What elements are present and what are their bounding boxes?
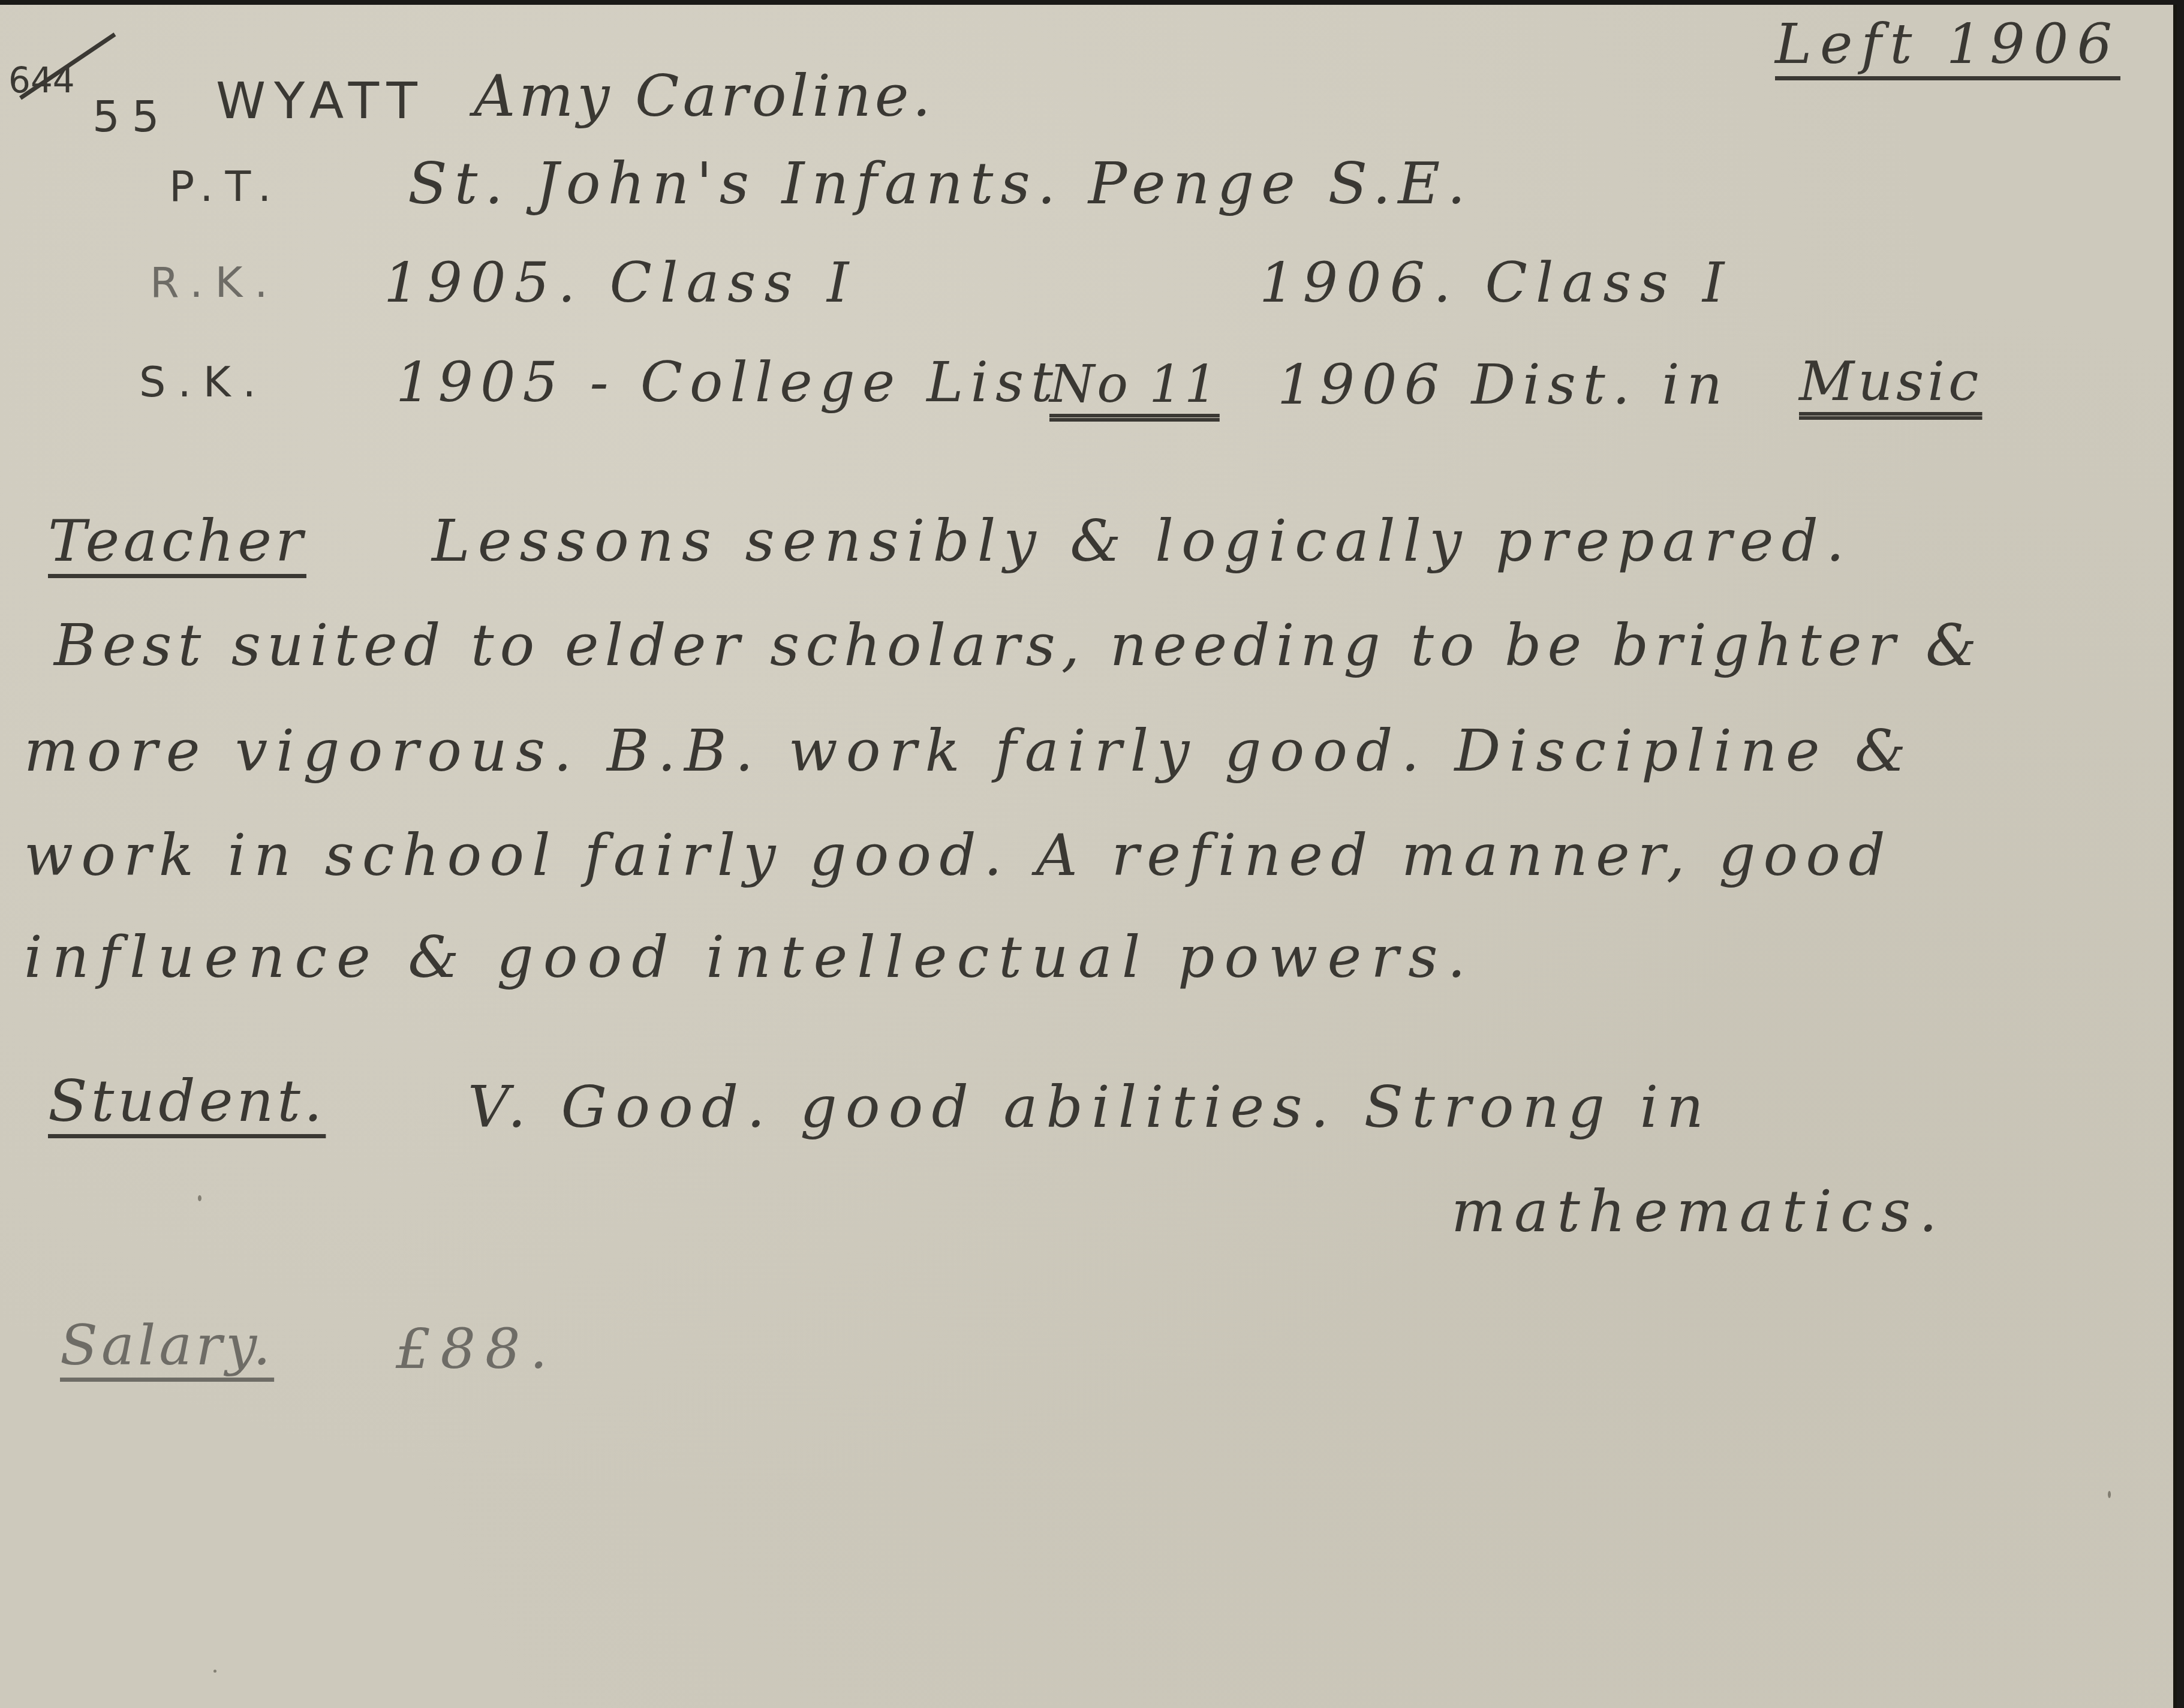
record-rk-1905: 1905. Class I <box>384 255 857 311</box>
teacher-line-1: Lessons sensibly & logically prepared. <box>432 512 1852 570</box>
record-label-rk: R.K. <box>150 261 280 303</box>
teacher-line-4: work in school fairly good. A refined ma… <box>24 826 1893 884</box>
record-label-sk: S.K. <box>139 361 268 403</box>
record-sk-college-list-number: No 11 <box>1049 359 1220 410</box>
record-sk-1905: 1905 - College List <box>396 355 1060 410</box>
reference-number: 644 55 <box>8 60 128 138</box>
salary-heading: Salary. <box>60 1318 274 1373</box>
record-sk-1906: 1906 Dist. in <box>1277 357 1729 413</box>
record-pt-school: St. John's Infants. Penge S.E. <box>408 155 1473 212</box>
paper-speck <box>198 1195 201 1201</box>
teacher-line-3: more vigorous. B.B. work fairly good. Di… <box>24 722 1914 780</box>
surname: WYATT <box>216 76 426 126</box>
paper-speck <box>213 1670 216 1673</box>
teacher-heading: Teacher <box>48 512 306 570</box>
student-heading: Student. <box>48 1072 326 1130</box>
record-card: 644 55 WYATT Amy Caroline. Left 1906 P.T… <box>0 5 2177 1708</box>
record-rk-1906: 1906. Class I <box>1259 255 1732 311</box>
record-label-pt: P.T. <box>169 166 283 208</box>
given-names: Amy Caroline. <box>474 67 934 125</box>
teacher-line-2: Best suited to elder scholars, needing t… <box>54 617 1983 674</box>
reference-denominator: 55 <box>92 91 172 142</box>
left-date-note: Left 1906 <box>1775 17 2120 72</box>
record-sk-music: Music <box>1799 355 1983 409</box>
paper-speck <box>2108 1491 2111 1498</box>
student-assessment-line-1: V. Good. good abilities. Strong in <box>468 1078 1712 1136</box>
teacher-line-5: influence & good intellectual powers. <box>24 928 1475 986</box>
salary-value: £88. <box>396 1322 557 1377</box>
student-assessment-line-2: mathematics. <box>1451 1183 1946 1240</box>
